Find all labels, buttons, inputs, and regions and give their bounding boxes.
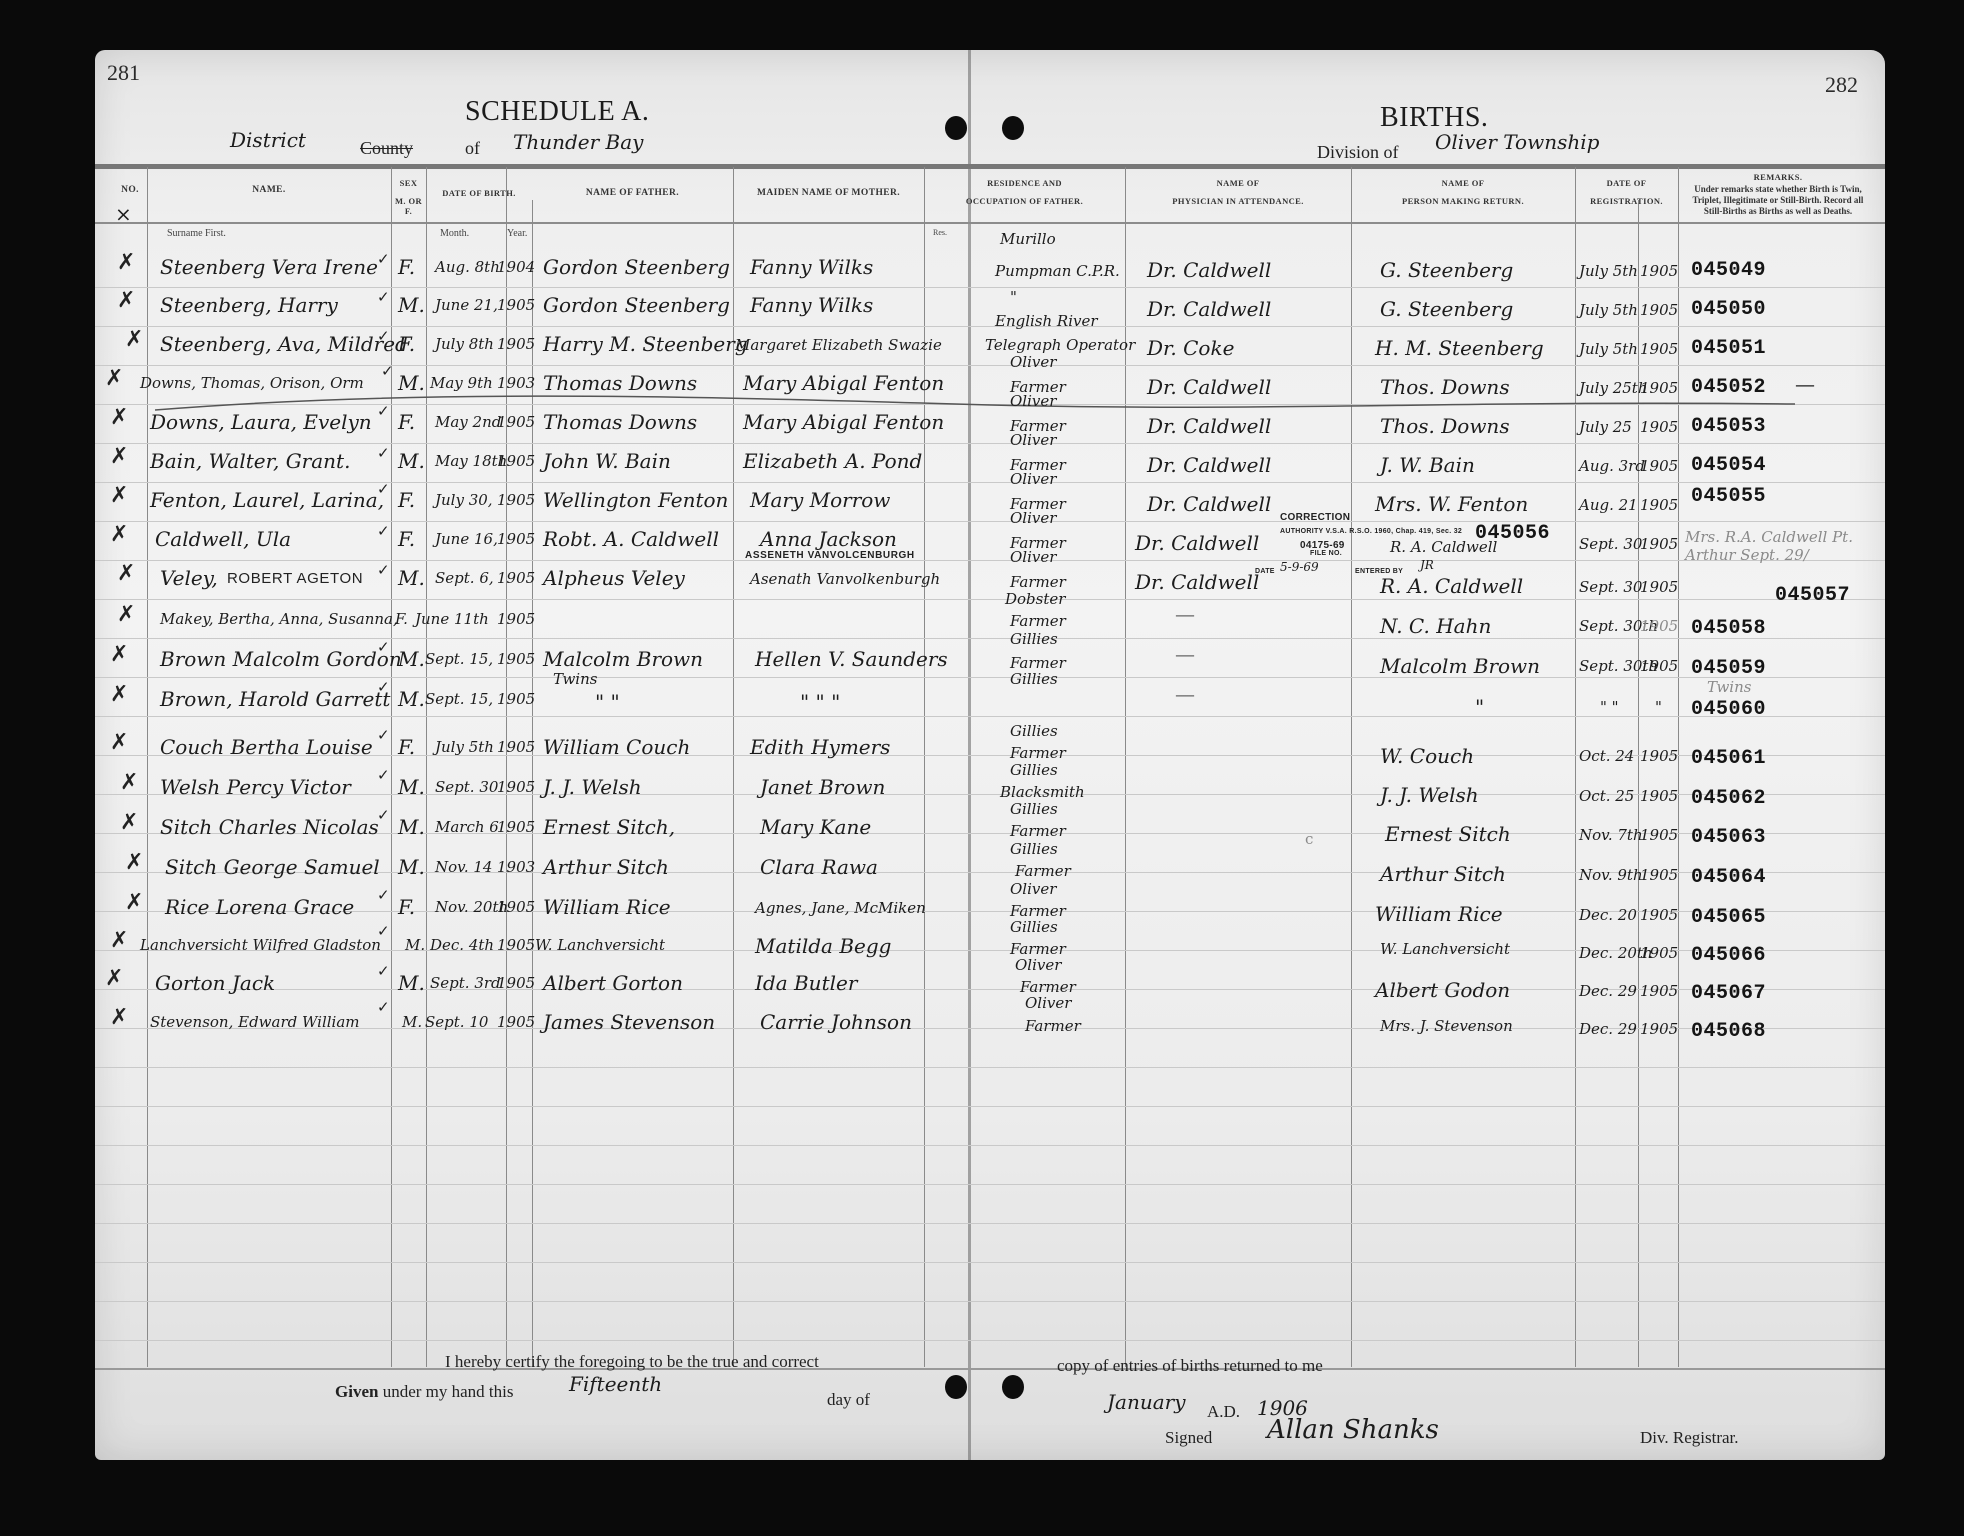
row-line <box>95 716 1885 717</box>
sex: M. <box>398 971 425 995</box>
mother-name: Carrie Johnson <box>760 1010 912 1034</box>
birth-month: June 16, <box>435 530 498 548</box>
child-name: Lanchversicht Wilfred Gladston <box>140 936 381 954</box>
mother-name: Mary Abigal Fenton <box>743 410 944 434</box>
check-mark-icon: ✓ <box>377 327 390 346</box>
registration-number: 045054 <box>1691 454 1766 477</box>
child-name: Bain, Walter, Grant. <box>150 449 350 473</box>
registration-number: 045059 <box>1691 657 1766 680</box>
remark: Twins <box>1707 678 1751 696</box>
registration-year: 1905 <box>1640 747 1678 765</box>
occupation: Farmer <box>1015 862 1071 880</box>
county-value: Thunder Bay <box>513 130 643 154</box>
registration-date: July 5th <box>1579 340 1638 358</box>
registration-date: Aug. 21 <box>1579 496 1638 514</box>
birth-year: 1905 <box>497 491 535 509</box>
cross-mark-icon: ✗ <box>110 483 128 508</box>
registrar-label: Div. Registrar. <box>1640 1428 1739 1448</box>
child-name: Sitch George Samuel <box>165 855 380 879</box>
sex: F. <box>395 610 408 628</box>
father-name: Gordon Steenberg <box>543 255 730 279</box>
correction-reg-no: 045056 <box>1475 522 1550 545</box>
mother-name: Matilda Begg <box>755 934 891 958</box>
occupation: Farmer <box>1010 744 1066 762</box>
child-name: Rice Lorena Grace <box>165 895 354 919</box>
certify-left: I hereby certify the foregoing to be the… <box>445 1352 819 1372</box>
informant: H. M. Steenberg <box>1375 336 1544 360</box>
registration-year: 1905 <box>1640 906 1678 924</box>
registration-year: 1905 <box>1640 301 1678 319</box>
registration-date: July 25 <box>1579 418 1632 436</box>
registration-date: July 5th <box>1579 262 1638 280</box>
registration-date: Dec. 29 <box>1579 982 1637 1000</box>
registration-date: Nov. 7th <box>1579 826 1643 844</box>
birth-month: Sept. 3rd <box>430 974 501 992</box>
father-name: James Stevenson <box>543 1010 715 1034</box>
col-line <box>1351 167 1352 1367</box>
physician: — <box>1175 602 1195 626</box>
occupation: Farmer <box>1010 573 1066 591</box>
informant: Ernest Sitch <box>1385 822 1511 846</box>
father-name: Robt. A. Caldwell <box>543 527 719 551</box>
birth-year: 1905 <box>497 650 535 668</box>
physician: — <box>1175 682 1195 706</box>
residence-value: Oliver <box>1010 509 1056 527</box>
row-line <box>95 521 1885 522</box>
registration-year: 1905 <box>1640 1020 1678 1038</box>
birth-year: 1905 <box>497 738 535 756</box>
col-line <box>1575 167 1576 1367</box>
mother-name: Hellen V. Saunders <box>755 647 948 671</box>
row-line <box>95 365 1885 366</box>
registration-date: Oct. 25 <box>1579 787 1634 805</box>
registration-number: 045051 <box>1691 337 1766 360</box>
occupation: Blacksmith <box>1000 783 1085 801</box>
physician: Dr. Caldwell <box>1135 570 1259 594</box>
sex: F. <box>398 735 415 759</box>
registration-number: 045066 <box>1691 944 1766 967</box>
check-mark-icon: ✓ <box>377 638 390 657</box>
informant: Albert Godon <box>1375 978 1510 1002</box>
birth-year: 1905 <box>497 936 535 954</box>
cross-mark-icon: ✗ <box>117 561 135 586</box>
birth-month: Dec. 4th <box>430 936 494 954</box>
row-line <box>95 1145 1885 1146</box>
father-name: Arthur Sitch <box>543 855 669 879</box>
informant: J. J. Welsh <box>1380 783 1479 807</box>
residence-value: English River <box>995 312 1098 330</box>
cross-mark-icon: ✗ <box>125 850 143 875</box>
residence-value: Oliver <box>1025 994 1071 1012</box>
district-word: District <box>230 128 306 152</box>
residence-value: Oliver <box>1010 548 1056 566</box>
cross-mark-icon: ✗ <box>125 890 143 915</box>
col-header-residence-2: Occupation of Father. <box>924 196 1125 206</box>
mother-name: Anna Jackson <box>760 527 897 551</box>
residence-value: Gillies <box>1010 630 1058 648</box>
row-line <box>95 1262 1885 1263</box>
cross-mark-icon: ✗ <box>105 366 123 391</box>
birth-month: July 5th <box>435 738 494 756</box>
check-mark-icon: ✓ <box>377 444 390 463</box>
child-name: Steenberg, Harry <box>160 293 338 317</box>
row-line <box>95 638 1885 639</box>
sex: F. <box>398 527 415 551</box>
child-name: Welsh Percy Victor <box>160 775 351 799</box>
physician: Dr. Caldwell <box>1147 453 1271 477</box>
father-note: Twins <box>553 670 597 688</box>
informant: William Rice <box>1375 902 1503 926</box>
cross-mark-icon: ✗ <box>117 288 135 313</box>
residence-value: Murillo <box>1000 230 1056 248</box>
mother-name: Fanny Wilks <box>750 255 873 279</box>
check-mark-icon: ✓ <box>377 250 390 269</box>
register-sheet: 281 282 SCHEDULE A. BIRTHS. District Cou… <box>95 50 1885 1460</box>
registration-year: 1905 <box>1640 787 1678 805</box>
informant: R. A. Caldwell <box>1380 574 1523 598</box>
cross-mark-icon: ✗ <box>117 250 135 275</box>
birth-month: Sept. 30 <box>435 778 498 796</box>
registration-date: Nov. 9th <box>1579 866 1643 884</box>
occupation: Farmer <box>1010 612 1066 630</box>
father-name: William Rice <box>543 895 671 919</box>
schedule-title: SCHEDULE A. <box>465 96 649 128</box>
row-line <box>95 287 1885 288</box>
birth-year: 1905 <box>497 778 535 796</box>
mother-name: Fanny Wilks <box>750 293 873 317</box>
cross-mark-icon: ✗ <box>110 928 128 953</box>
col-subheader-res: Res. <box>933 228 947 237</box>
birth-year: 1903 <box>497 858 535 876</box>
registration-year: " <box>1655 698 1662 716</box>
footer-rule <box>95 1368 1885 1370</box>
col-line <box>426 167 427 1367</box>
registration-number: 045060 <box>1691 698 1766 721</box>
row-line <box>95 326 1885 327</box>
informant: G. Steenberg <box>1380 297 1513 321</box>
correction-file-label: FILE NO. <box>1310 550 1342 557</box>
certify-right: copy of entries of births returned to me <box>1057 1356 1323 1376</box>
of-word: of <box>465 138 480 159</box>
mother-name: Asenath Vanvolkenburgh <box>750 570 940 588</box>
registration-year: 1905 <box>1640 982 1678 1000</box>
remark: — <box>1795 372 1815 396</box>
cross-mark-icon: ✗ <box>110 405 128 430</box>
occupation: " <box>1010 288 1017 306</box>
registration-number: 045068 <box>1691 1020 1766 1043</box>
col-subheader-month: Month. <box>440 228 469 239</box>
birth-year: 1905 <box>497 898 535 916</box>
given-line: Given under my hand this <box>335 1382 514 1402</box>
birth-month: May 2nd <box>435 413 501 431</box>
row-line <box>95 1223 1885 1224</box>
registration-year: 1905 <box>1640 578 1678 596</box>
check-mark-icon: ✓ <box>377 922 390 941</box>
check-mark-icon: ✓ <box>377 561 390 580</box>
sex: F. <box>398 895 415 919</box>
check-mark-icon: ✓ <box>377 480 390 499</box>
father-name: Ernest Sitch, <box>543 815 675 839</box>
informant: " <box>1475 695 1484 719</box>
sex: F. <box>398 488 415 512</box>
registration-date: July 5th <box>1579 301 1638 319</box>
col-subheader-surname: Surname First. <box>167 228 226 239</box>
informant: Mrs. W. Fenton <box>1375 492 1528 516</box>
mother-name-correction: ASSENETH VANVOLCENBURGH <box>745 550 915 561</box>
sex: M. <box>398 815 425 839</box>
cross-mark-icon: ✗ <box>120 770 138 795</box>
residence-value: Oliver <box>1015 956 1061 974</box>
col-header-physician-1: Name of <box>1125 178 1351 188</box>
registrar-signature: Allan Shanks <box>1267 1415 1439 1445</box>
registration-year: 1905 <box>1640 418 1678 436</box>
birth-year: 1905 <box>497 530 535 548</box>
mother-name: Edith Hymers <box>750 735 890 759</box>
residence-value: Gillies <box>1010 840 1058 858</box>
registration-year: 1905 <box>1640 826 1678 844</box>
punch-hole <box>1002 116 1024 140</box>
birth-month: March 6 <box>435 818 499 836</box>
residence-value: Oliver <box>1010 392 1056 410</box>
residence-value: Gillies <box>1010 761 1058 779</box>
punch-hole <box>945 116 967 140</box>
col-header-registration-2: Registration. <box>1575 196 1678 206</box>
correction-entered-value: JR <box>1420 558 1434 572</box>
mother-name: Mary Kane <box>760 815 871 839</box>
father-name: Harry M. Steenberg <box>543 332 748 356</box>
cross-mark-icon: ✗ <box>110 730 128 755</box>
registration-date: Dec. 29 <box>1579 1020 1637 1038</box>
occupation: Telegraph Operator <box>985 336 1135 354</box>
col-header-father: Name of Father. <box>532 188 733 198</box>
check-mark-icon: ✓ <box>377 678 390 697</box>
informant: N. C. Hahn <box>1380 614 1491 638</box>
registration-date: Oct. 24 <box>1579 747 1634 765</box>
correction-title: CORRECTION <box>1280 512 1350 523</box>
birth-month: June 21, <box>435 296 498 314</box>
registration-year: 1905 <box>1640 657 1678 675</box>
sex: M. <box>398 775 425 799</box>
header-rule <box>95 164 1885 169</box>
col-header-dob: Date of Birth. <box>426 188 532 198</box>
informant: Malcolm Brown <box>1380 654 1540 678</box>
row-line <box>95 443 1885 444</box>
father-name: Wellington Fenton <box>543 488 728 512</box>
check-mark-icon: ✓ <box>377 962 390 981</box>
col-header-mother: Maiden Name of Mother. <box>733 188 924 198</box>
child-name: Steenberg, Ava, Mildred <box>160 332 408 356</box>
remarks-instructions: Under remarks state whether Birth is Twi… <box>1688 184 1868 217</box>
row-line <box>95 482 1885 483</box>
child-name-surname: Veley, <box>160 566 218 590</box>
birth-year: 1905 <box>497 818 535 836</box>
residence-value: Dobster <box>1005 590 1065 608</box>
residence-value: Oliver <box>1010 470 1056 488</box>
header-subrule <box>95 222 1885 224</box>
registration-number: 045058 <box>1691 617 1766 640</box>
registration-date: Sept. 30 <box>1579 578 1642 596</box>
col-line <box>1638 200 1639 1367</box>
row-line <box>95 677 1885 678</box>
birth-year: 1905 <box>497 413 535 431</box>
birth-year: 1905 <box>497 690 535 708</box>
informant: G. Steenberg <box>1380 258 1513 282</box>
registration-number: 045057 <box>1775 584 1850 607</box>
birth-month: Sept. 15, <box>425 650 493 668</box>
child-name: Couch Bertha Louise <box>160 735 373 759</box>
registration-date: Aug. 3rd <box>1579 457 1645 475</box>
remark: Mrs. R.A. Caldwell Pt. Arthur Sept. 29/ <box>1685 528 1865 564</box>
child-name-corrected: ROBERT AGETON <box>227 570 363 587</box>
check-mark-icon: ✓ <box>377 886 390 905</box>
division-value: Oliver Township <box>1435 130 1599 154</box>
col-header-remarks: Remarks. <box>1678 172 1878 182</box>
cross-mark-icon: ✗ <box>110 642 128 667</box>
residence-value: Oliver <box>1010 431 1056 449</box>
physician: Dr. Caldwell <box>1147 258 1271 282</box>
birth-year: 1904 <box>497 258 535 276</box>
birth-month: Sept. 10 <box>425 1013 488 1031</box>
row-line <box>95 560 1885 561</box>
mother-name: Elizabeth A. Pond <box>743 449 922 473</box>
registration-year: 1905 <box>1640 457 1678 475</box>
father-name: Malcolm Brown <box>543 647 703 671</box>
mother-name: Clara Rawa <box>760 855 878 879</box>
registration-year: 1905 <box>1640 340 1678 358</box>
physician: Dr. Caldwell <box>1135 531 1259 555</box>
residence-value: Oliver <box>1010 880 1056 898</box>
father-name: J. J. Welsh <box>543 775 642 799</box>
child-name: Downs, Laura, Evelyn <box>150 410 372 434</box>
child-name: Brown Malcolm Gordon <box>160 647 402 671</box>
col-header-no: No. <box>115 185 145 195</box>
child-name: Steenberg Vera Irene <box>160 255 378 279</box>
day-of-label: day of <box>827 1390 870 1410</box>
mother-name: " " " <box>800 690 840 714</box>
birth-month: Sept. 15, <box>425 690 493 708</box>
row-line <box>95 1184 1885 1185</box>
informant: J. W. Bain <box>1380 453 1475 477</box>
father-name: W. Lanchversicht <box>535 936 665 954</box>
registration-number: 045067 <box>1691 982 1766 1005</box>
birth-year: 1905 <box>497 1013 535 1031</box>
occupation: Farmer <box>1010 822 1066 840</box>
col-header-registration-1: Date of <box>1575 178 1678 188</box>
cross-mark-icon: ✗ <box>105 966 123 991</box>
father-name: " " <box>595 690 620 714</box>
sex: M. <box>398 449 425 473</box>
father-name: Alpheus Veley <box>543 566 685 590</box>
registration-number: 045062 <box>1691 787 1766 810</box>
physician: Dr. Caldwell <box>1147 492 1271 516</box>
month-value: January <box>1107 1390 1186 1414</box>
residence-value: Gillies <box>1010 800 1058 818</box>
day-value: Fifteenth <box>569 1372 662 1396</box>
child-name: Makey, Bertha, Anna, Susanna, <box>160 610 398 628</box>
registration-date: Sept. 30 <box>1579 535 1642 553</box>
birth-year: 1905 <box>497 610 535 628</box>
county-word: County <box>360 138 413 159</box>
residence-value: Gillies <box>1010 722 1058 740</box>
check-mark-icon: ✓ <box>377 402 390 421</box>
cross-mark-icon: ✗ <box>110 522 128 547</box>
registration-number: 045049 <box>1691 259 1766 282</box>
cross-mark-icon: ✗ <box>110 444 128 469</box>
col-header-name: Name. <box>147 185 391 195</box>
registration-year: 1905 <box>1640 262 1678 280</box>
check-mark-icon: ✓ <box>377 522 390 541</box>
birth-month: July 8th <box>435 335 494 353</box>
cross-mark-icon: ✗ <box>117 602 135 627</box>
row-line <box>95 1067 1885 1068</box>
sex: M. <box>405 936 425 954</box>
father-name: Albert Gorton <box>543 971 683 995</box>
mother-name: Margaret Elizabeth Swazie <box>735 336 942 354</box>
birth-month: Aug. 8th <box>435 258 500 276</box>
mother-name: Ida Butler <box>755 971 857 995</box>
row-line <box>95 599 1885 600</box>
registration-number: 045063 <box>1691 826 1766 849</box>
sex: M. <box>398 293 425 317</box>
birth-month: July 30, <box>435 491 493 509</box>
birth-month: Sept. 6, <box>435 569 494 587</box>
physician: Dr. Caldwell <box>1147 414 1271 438</box>
col-subheader-year: Year. <box>507 228 527 239</box>
residence-value: Gillies <box>1010 670 1058 688</box>
child-name: Fenton, Laurel, Larina, <box>150 488 384 512</box>
registration-number: 045064 <box>1691 866 1766 889</box>
check-mark-icon: ✓ <box>381 362 394 381</box>
occupation: Farmer <box>1025 1017 1081 1035</box>
child-name: Brown, Harold Garrett <box>160 687 390 711</box>
registration-number: 045065 <box>1691 906 1766 929</box>
occupation: Pumpman C.P.R. <box>995 262 1120 280</box>
row-line <box>95 1106 1885 1107</box>
sex: F. <box>398 410 415 434</box>
right-page-number: 282 <box>1825 72 1858 98</box>
mother-name: Agnes, Jane, McMiken <box>755 899 926 917</box>
child-name: Gorton Jack <box>155 971 275 995</box>
informant: Arthur Sitch <box>1380 862 1506 886</box>
punch-hole <box>1002 1375 1024 1399</box>
col-header-sex-sub: M. or F. <box>391 196 426 216</box>
header-x-mark: × <box>115 202 132 226</box>
birth-year: 1905 <box>497 974 535 992</box>
sex: F. <box>398 255 415 279</box>
col-header-person-2: Person Making Return. <box>1351 196 1575 206</box>
division-label: Division of <box>1317 142 1399 163</box>
father-name: Gordon Steenberg <box>543 293 730 317</box>
check-mark-icon: ✓ <box>377 726 390 745</box>
cross-mark-icon: ✗ <box>120 810 138 835</box>
birth-year: 1905 <box>497 335 535 353</box>
cross-mark-icon: ✗ <box>110 1005 128 1030</box>
col-header-sex: Sex <box>391 178 426 188</box>
registration-date: Dec. 20 <box>1579 906 1637 924</box>
mother-name: Janet Brown <box>760 775 885 799</box>
col-header-physician-2: Physician in Attendance. <box>1125 196 1351 206</box>
informant: W. Couch <box>1380 744 1474 768</box>
cross-mark-icon: ✗ <box>110 682 128 707</box>
correction-date-value: 5-9-69 <box>1280 560 1319 574</box>
given-label: Given <box>335 1382 378 1401</box>
residence-value: Oliver <box>1010 353 1056 371</box>
sex: M. <box>398 566 425 590</box>
check-mark-icon: ✓ <box>377 766 390 785</box>
stray-mark: c <box>1305 830 1313 848</box>
under-hand-label: under my hand this <box>383 1382 514 1401</box>
father-name: John W. Bain <box>543 449 671 473</box>
